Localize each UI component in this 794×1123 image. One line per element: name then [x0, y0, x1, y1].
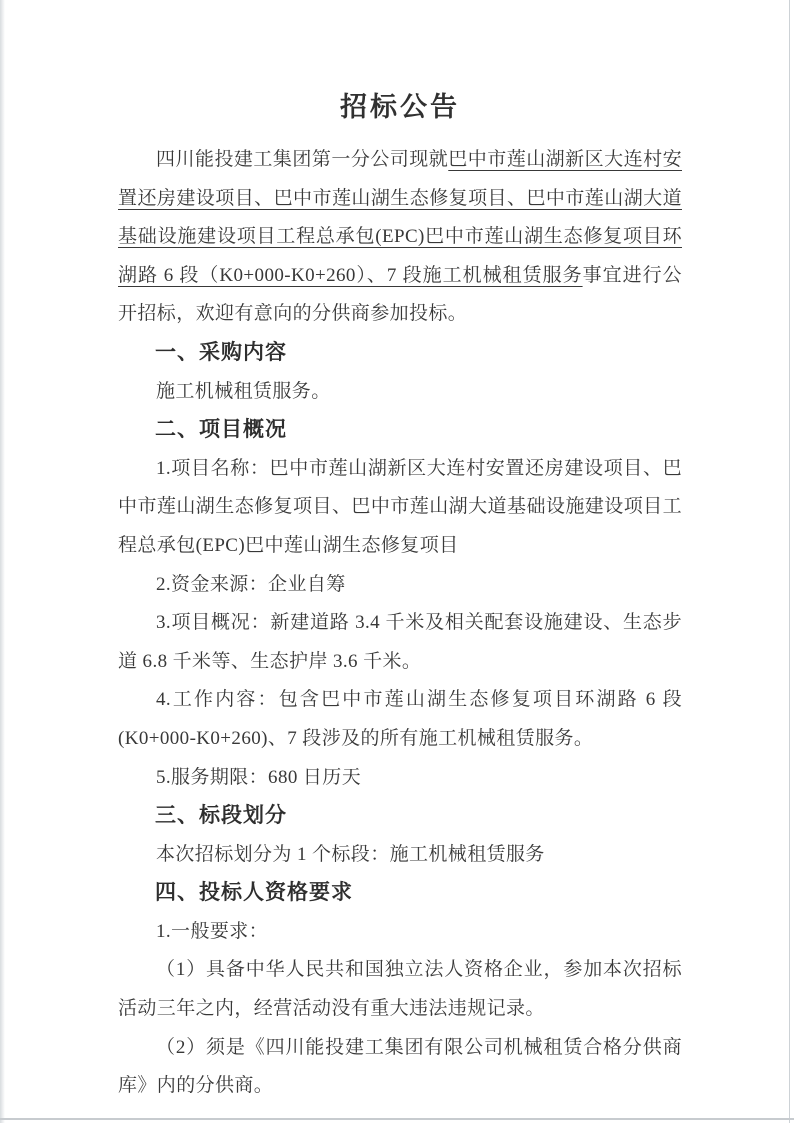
paragraph: 4.工作内容：包含巴中市莲山湖生态修复项目环湖路 6 段(K0+000-K0+2… — [118, 681, 682, 758]
paragraph: （1）具备中华人民共和国独立法人资格企业，参加本次招标活动三年之内，经营活动没有… — [118, 951, 682, 1028]
paragraph: 5.服务期限：680 日历天 — [118, 759, 682, 798]
paragraph: 施工机械租赁服务。 — [118, 373, 682, 412]
paragraph: 1.项目名称：巴中市莲山湖新区大连村安置还房建设项目、巴中市莲山湖生态修复项目、… — [118, 450, 682, 566]
section-heading-bid-lots: 三、标段划分 — [118, 797, 682, 836]
section-heading-procurement-content: 一、采购内容 — [118, 334, 682, 373]
scan-edge-left — [0, 0, 5, 1123]
paragraph: 3.项目概况：新建道路 3.4 千米及相关配套设施建设、生态步道 6.8 千米等… — [118, 604, 682, 681]
document-title: 招标公告 — [118, 86, 682, 128]
intro-paragraph: 四川能投建工集团第一分公司现就巴中市莲山湖新区大连村安置还房建设项目、巴中市莲山… — [118, 141, 682, 334]
section-heading-bidder-qualifications: 四、投标人资格要求 — [118, 874, 682, 913]
paragraph: 2.资金来源：企业自筹 — [118, 566, 682, 605]
intro-prefix: 四川能投建工集团第一分公司现就 — [156, 149, 448, 170]
paragraph: （2）须是《四川能投建工集团有限公司机械租赁合格分供商库》内的分供商。 — [118, 1029, 682, 1106]
document-content: 招标公告 四川能投建工集团第一分公司现就巴中市莲山湖新区大连村安置还房建设项目、… — [118, 86, 682, 1106]
section-heading-project-overview: 二、项目概况 — [118, 411, 682, 450]
paragraph: 本次招标划分为 1 个标段：施工机械租赁服务 — [118, 836, 682, 875]
paragraph: 1.一般要求： — [118, 913, 682, 952]
scan-line-right — [789, 0, 790, 1123]
scan-line-bottom — [0, 1118, 794, 1120]
document-page: 招标公告 四川能投建工集团第一分公司现就巴中市莲山湖新区大连村安置还房建设项目、… — [0, 0, 794, 1123]
